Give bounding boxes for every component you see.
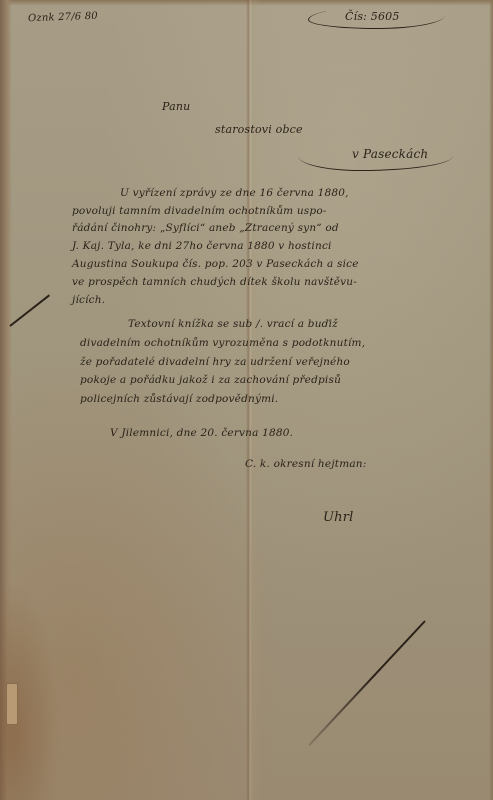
body-p2-line: Textovní knížka se sub /. vrací a buďiž bbox=[128, 318, 338, 330]
body-p1-line: povoluji tamním divadelním ochotníkům us… bbox=[72, 205, 327, 217]
addressee-line-2: starostovi obce bbox=[215, 123, 303, 136]
body-p2-line: že pořadatelé divadelní hry za udržení v… bbox=[80, 356, 350, 368]
addressee-line-1: Panu bbox=[162, 100, 190, 113]
body-p2-line: pokoje a pořádku jakož i za zachování př… bbox=[80, 374, 341, 386]
body-p1-line: ve prospěch tamních chudých dítek školu … bbox=[72, 276, 357, 288]
signature-title: C. k. okresní hejtman: bbox=[245, 458, 367, 470]
reference-note: Oznk 27/6 80 bbox=[28, 11, 98, 24]
body-p1-line: jících. bbox=[72, 294, 105, 306]
body-p1-line: řádání činohry: „Syflíci“ aneb „Ztracený… bbox=[72, 222, 339, 234]
body-p1-line: Augustina Soukupa čís. pop. 203 v Paseck… bbox=[72, 258, 359, 270]
body-p2-line: policejních zůstávají zodpovědnými. bbox=[80, 393, 278, 405]
place-date: V Jilemnici, dne 20. června 1880. bbox=[110, 427, 293, 439]
signature-flourish bbox=[308, 620, 425, 746]
signature: Uhrl bbox=[323, 510, 354, 525]
body-p1-line: J. Kaj. Tyla, ke dni 27ho června 1880 v … bbox=[72, 240, 332, 252]
addressee-underline bbox=[298, 156, 453, 171]
body-p1-line: U vyřízení zprávy ze dne 16 června 1880, bbox=[120, 187, 349, 199]
paper-right-edge bbox=[489, 0, 493, 800]
body-p2-line: divadelním ochotníkům vyrozuměna s podot… bbox=[80, 337, 365, 349]
file-number: Čís: 5605 bbox=[345, 10, 400, 23]
binding-tab bbox=[6, 683, 18, 725]
margin-mark bbox=[9, 294, 50, 326]
document-page: Oznk 27/6 80 Čís: 5605 Panu starostovi o… bbox=[0, 0, 493, 800]
